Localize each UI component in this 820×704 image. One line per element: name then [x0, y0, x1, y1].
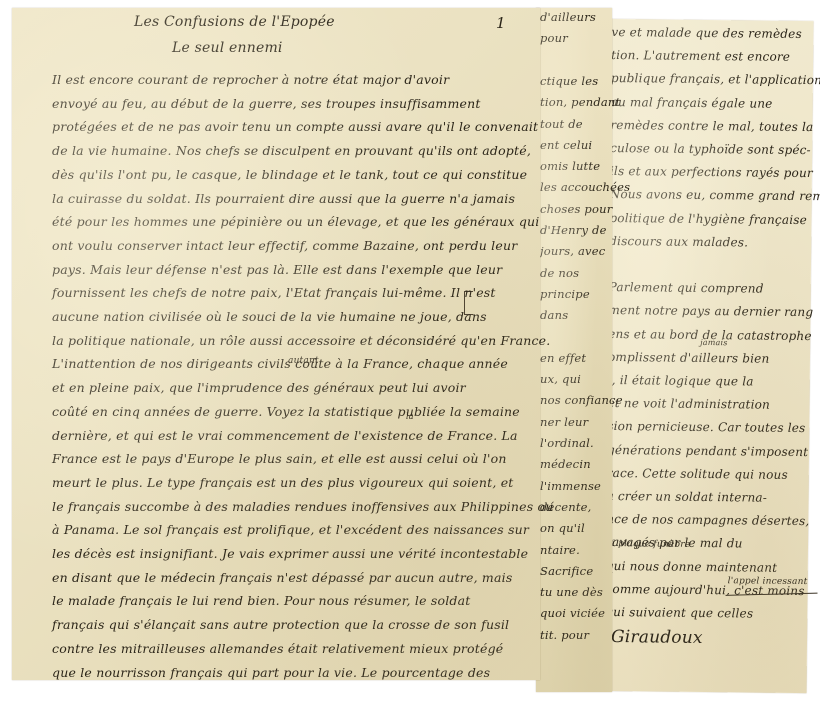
handwritten-line: de nos	[540, 266, 579, 280]
handwritten-line: les accouchées	[540, 180, 630, 194]
handwritten-line: la politique nationale, un rôle aussi ac…	[52, 333, 550, 348]
manuscript-title: Les Confusions de l'Epopée	[134, 14, 335, 30]
handwritten-line: race. Cette solitude qui nous	[607, 466, 788, 482]
handwritten-line: tout de	[540, 117, 583, 131]
handwritten-line: quoi viciée	[540, 606, 605, 620]
page-number: 1	[496, 14, 506, 32]
page-3-text: ve et malade que des remèdestion. L'autr…	[604, 19, 814, 21]
handwritten-line: Nous avons eu, comme grand remède	[610, 187, 820, 203]
handwritten-line: principe	[540, 287, 590, 301]
handwritten-line: fournissent les chefs de notre paix, l'E…	[52, 285, 496, 300]
handwritten-line: tit. pour	[540, 628, 589, 642]
handwritten-line: à Panama. Le sol français est prolifique…	[52, 522, 529, 537]
handwritten-line: nce de nos campagnes désertes,	[606, 512, 809, 528]
handwritten-line: coûté en cinq années de guerre. Voyez la…	[52, 404, 520, 419]
handwritten-line: générations pendant s'imposent	[607, 443, 808, 459]
handwritten-line: l'ordinal.	[540, 436, 594, 450]
handwritten-line: omplissent d'ailleurs bien	[608, 350, 770, 366]
handwritten-line: les décès est insignifiant. Je vais expr…	[52, 546, 528, 561]
handwritten-line: envoyé au feu, au début de la guerre, se…	[52, 96, 481, 111]
interlinear-insert: ni plaque funèbre	[606, 539, 690, 550]
handwritten-line: ctique les	[540, 74, 598, 88]
handwritten-line: ment notre pays au dernier rang	[608, 303, 813, 319]
interlinear-insert: l'appel incessant	[728, 576, 808, 587]
handwritten-line: dernière, et qui est le vrai commencemen…	[52, 428, 518, 443]
handwritten-line: tion, pendant	[540, 95, 620, 109]
handwritten-line: dans	[540, 308, 568, 322]
handwritten-line: publique français, et l'application	[611, 71, 820, 87]
handwritten-line: contre les mitrailleuses allemandes étai…	[52, 641, 503, 656]
author-signature: Giraudoux	[611, 627, 703, 648]
handwritten-line: qui suivaient que celles	[605, 605, 753, 621]
handwritten-line: qui nous donne maintenant	[606, 559, 778, 575]
handwritten-line: le malade français le lui rend bien. Pou…	[52, 593, 471, 608]
handwritten-line: l, il était logique que la	[608, 373, 754, 389]
handwritten-line: d'Henry de	[540, 223, 607, 237]
handwritten-line: tion. L'autrement est encore	[611, 48, 790, 64]
handwritten-line: ils et aux perfections rayés pour	[610, 164, 813, 180]
handwritten-line: omis lutte	[540, 159, 600, 173]
handwritten-line: la cuirasse du soldat. Ils pourraient di…	[52, 191, 515, 206]
handwritten-line: ner leur	[540, 415, 588, 429]
handwritten-line: protégées et de ne pas avoir tenu un com…	[52, 119, 538, 134]
handwritten-line: jours, avec	[540, 244, 605, 258]
handwritten-line: en effet	[540, 351, 586, 365]
handwritten-line: médecin	[540, 457, 591, 471]
handwritten-line: ont voulu conserver intact leur effectif…	[52, 238, 517, 253]
handwritten-line: pour	[540, 31, 568, 45]
handwritten-line: français qui s'élançait sans autre prote…	[52, 617, 509, 632]
handwritten-line: ve et malade que des remèdes	[611, 25, 802, 41]
handwritten-line: ent celui	[540, 138, 592, 152]
handwritten-line: nos confiance	[540, 393, 623, 407]
handwritten-line: et en pleine paix, que l'imprudence des …	[52, 380, 466, 395]
handwritten-line: de la vie humaine. Nos chefs se disculpe…	[52, 143, 531, 158]
handwritten-line: France est le pays d'Europe le plus sain…	[52, 451, 507, 466]
handwritten-line: au mal français égale une	[611, 95, 773, 111]
handwritten-line: discours aux malades.	[609, 234, 748, 249]
handwritten-line: que le nourrisson français qui part pour…	[52, 665, 490, 680]
manuscript-page-2: d'ailleurspourctique lestion, pendanttou…	[536, 8, 612, 692]
handwritten-line: le français succombe à des maladies rend…	[52, 499, 553, 514]
handwritten-line: sion pernicieuse. Car toutes les	[607, 419, 805, 435]
handwritten-line: meurt le plus. Le type français est un d…	[52, 475, 514, 490]
handwritten-line: à créer un soldat interna-	[606, 489, 767, 505]
handwritten-line: politique de l'hygiène française	[609, 211, 807, 227]
handwritten-line: été pour les hommes une pépinière ou un …	[52, 214, 540, 229]
handwritten-line: l'immense	[540, 479, 601, 493]
handwritten-line: L'inattention de nos dirigeants civils c…	[52, 356, 508, 371]
manuscript-subtitle: Le seul ennemi	[172, 40, 283, 56]
handwritten-line: tu une dès	[540, 585, 603, 599]
handwritten-line: Sacrifice	[540, 564, 593, 578]
manuscript-page-3: ve et malade que des remèdestion. L'autr…	[596, 19, 813, 693]
handwritten-line: aucune nation civilisée où le souci de l…	[52, 309, 487, 324]
handwritten-line: Il est encore courant de reprocher à not…	[52, 72, 449, 87]
handwritten-line: dès qu'ils l'ont pu, le casque, le blind…	[52, 167, 527, 182]
handwritten-line: choses pour	[540, 202, 612, 216]
handwritten-line: et ne voit l'administration	[607, 396, 770, 412]
handwritten-line: pays. Mais leur défense n'est pas là. El…	[52, 262, 502, 277]
handwritten-line: remèdes contre le mal, toutes la	[610, 118, 813, 134]
handwritten-line: ntaire.	[540, 543, 580, 557]
handwritten-line: culose ou la typhoïde sont spéc-	[610, 141, 811, 157]
handwritten-line: en disant que le médecin français n'est …	[52, 570, 512, 585]
manuscript-page-1: Les Confusions de l'Epopée Le seul ennem…	[12, 8, 540, 680]
handwritten-line: on qu'il	[540, 521, 585, 535]
interlinear-insert: jamais	[700, 338, 728, 347]
handwritten-line: Parlement qui comprend	[609, 280, 764, 296]
handwritten-line: ux, qui	[540, 372, 581, 386]
handwritten-line: d'ailleurs	[540, 10, 596, 24]
